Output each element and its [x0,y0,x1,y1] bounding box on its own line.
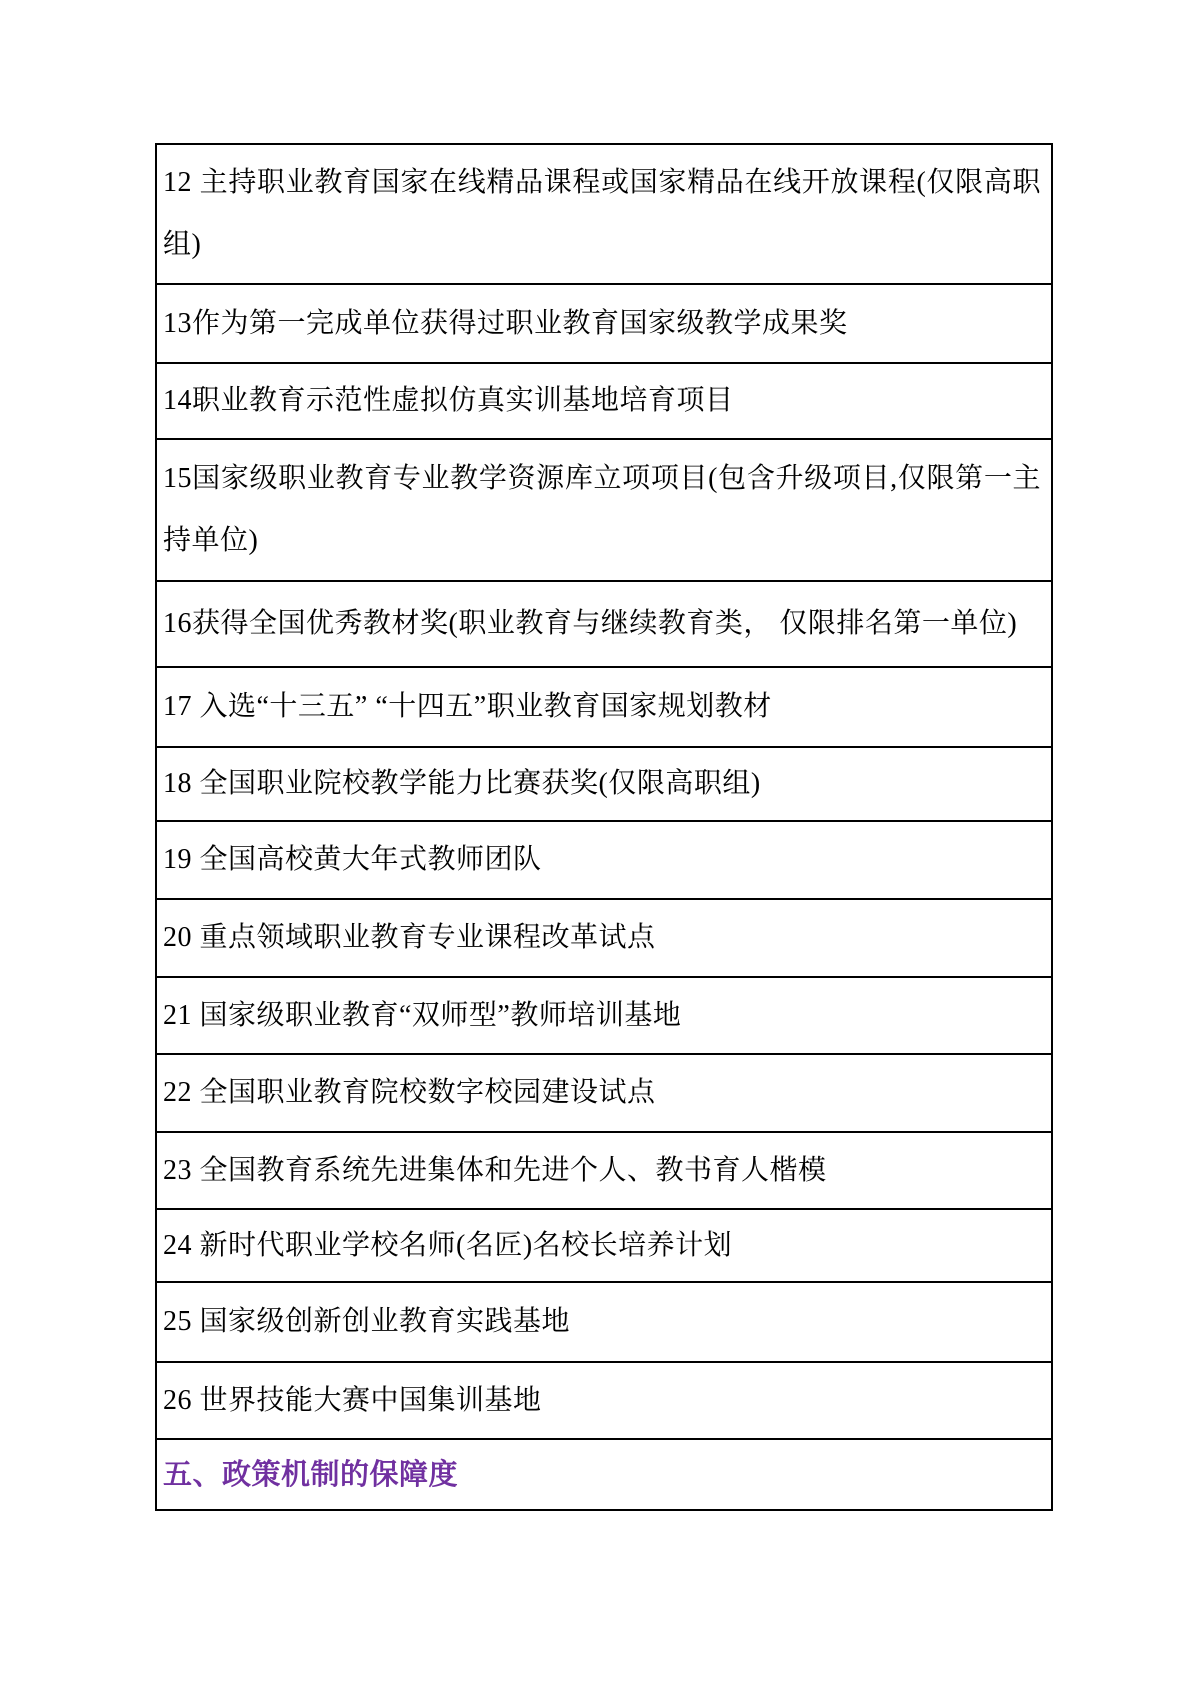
section-heading: 五、政策机制的保障度 [157,1444,1051,1506]
criteria-table: 12 主持职业教育国家在线精品课程或国家精品在线开放课程(仅限高职组) 13作为… [155,143,1053,1511]
criteria-item-12: 12 主持职业教育国家在线精品课程或国家精品在线开放课程(仅限高职组) [157,152,1051,276]
table-row: 15国家级职业教育专业教学资源库立项项目(包含升级项目,仅限第一主持单位) [157,440,1051,582]
table-row: 18 全国职业院校教学能力比赛获奖(仅限高职组) [157,748,1051,822]
criteria-item-19: 19 全国高校黄大年式教师团队 [157,829,1051,891]
table-row: 25 国家级创新创业教育实践基地 [157,1283,1051,1363]
table-row: 14职业教育示范性虚拟仿真实训基地培育项目 [157,364,1051,440]
table-row: 22 全国职业教育院校数字校园建设试点 [157,1055,1051,1133]
criteria-item-15: 15国家级职业教育专业教学资源库立项项目(包含升级项目,仅限第一主持单位) [157,448,1051,572]
table-row: 20 重点领域职业教育专业课程改革试点 [157,900,1051,978]
criteria-item-22: 22 全国职业教育院校数字校园建设试点 [157,1062,1051,1124]
table-row: 26 世界技能大赛中国集训基地 [157,1363,1051,1440]
criteria-item-18: 18 全国职业院校教学能力比赛获奖(仅限高职组) [157,753,1051,815]
criteria-item-16: 16获得全国优秀教材奖(职业教育与继续教育类， 仅限排名第一单位) [157,593,1051,655]
table-row: 13作为第一完成单位获得过职业教育国家级教学成果奖 [157,285,1051,364]
table-row: 21 国家级职业教育“双师型”教师培训基地 [157,978,1051,1055]
criteria-item-21: 21 国家级职业教育“双师型”教师培训基地 [157,985,1051,1047]
criteria-item-14: 14职业教育示范性虚拟仿真实训基地培育项目 [157,370,1051,432]
table-row: 17 入选“十三五” “十四五”职业教育国家规划教材 [157,668,1051,748]
criteria-item-23: 23 全国教育系统先进集体和先进个人、教书育人楷模 [157,1140,1051,1202]
criteria-item-24: 24 新时代职业学校名师(名匠)名校长培养计划 [157,1215,1051,1277]
criteria-item-13: 13作为第一完成单位获得过职业教育国家级教学成果奖 [157,293,1051,355]
table-row: 19 全国高校黄大年式教师团队 [157,822,1051,900]
table-row: 24 新时代职业学校名师(名匠)名校长培养计划 [157,1210,1051,1283]
table-row: 16获得全国优秀教材奖(职业教育与继续教育类， 仅限排名第一单位) [157,582,1051,668]
criteria-item-20: 20 重点领域职业教育专业课程改革试点 [157,907,1051,969]
table-row: 12 主持职业教育国家在线精品课程或国家精品在线开放课程(仅限高职组) [157,145,1051,285]
criteria-item-26: 26 世界技能大赛中国集训基地 [157,1370,1051,1432]
criteria-item-17: 17 入选“十三五” “十四五”职业教育国家规划教材 [157,676,1051,738]
criteria-item-25: 25 国家级创新创业教育实践基地 [157,1291,1051,1353]
table-row-section: 五、政策机制的保障度 [157,1440,1051,1509]
table-row: 23 全国教育系统先进集体和先进个人、教书育人楷模 [157,1133,1051,1210]
